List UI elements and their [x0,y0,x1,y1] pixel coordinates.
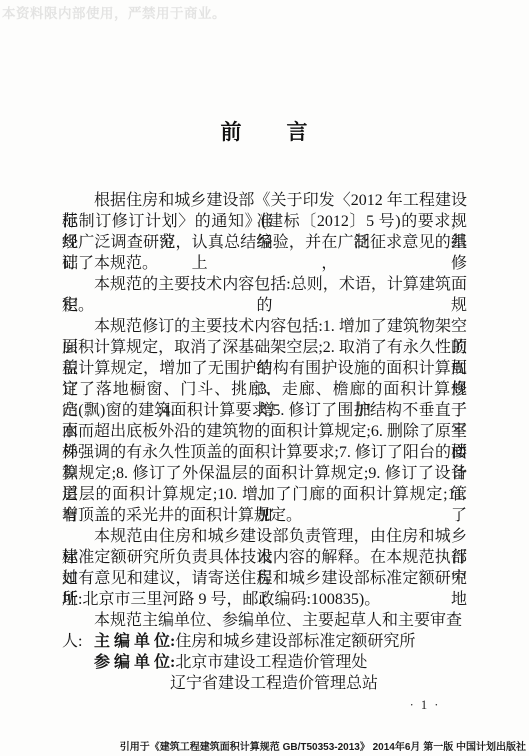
footer-citation: 引用于《建筑工程建筑面积计算规范 GB/T50353-2013》 2014年6月… [120,738,526,753]
document-page: 本资料限内部使用，严禁用于商业。 前 言 根据住房和城乡建设部《关于印发〈201… [0,0,529,756]
participating-unit-value-2: 辽宁省建设工程造价管理总站 [170,675,378,692]
body-line: 凸(飘)窗的建筑面积计算要求;5. 修订了围护结构不垂直于水平 [62,400,467,421]
body-line: 本规范主编单位、参编单位、主要起草人和主要审查人: [62,610,467,631]
body-line: 根据住房和城乡建设部《关于印发〈2012 年工程建设标准规 [62,190,467,211]
body-line: 标准定额研究所负责具体技术内容的解释。在本规范执行过程中 [62,547,467,568]
chief-editor-label: 主 编 单 位: [94,633,175,650]
participating-unit-label: 参 编 单 位: [94,654,175,671]
chief-editor-line: 主 编 单 位:住房和城乡建设部标准定额研究所 [62,631,467,652]
body-line: 本规范修订的主要技术内容包括:1. 增加了建筑物架空层的 [62,316,467,337]
chief-editor-value: 住房和城乡建设部标准定额研究所 [175,633,415,650]
body-line: 经广泛调查研究，认真总结经验，并在广泛征求意见的基础上，修 [62,232,467,253]
body-line: 如有意见和建议，请寄送住房和城乡建设部标准定额研究所(地 [62,568,467,589]
document-body: 根据住房和城乡建设部《关于印发〈2012 年工程建设标准规 范制订修订计划〉的通… [62,190,467,694]
page-number: · 1 · [407,698,443,713]
page-title: 前 言 [0,116,529,146]
body-line: 算规定;8. 修订了外保温层的面积计算规定;9. 修订了设备层、管 [62,463,467,484]
body-line: 面积计算规定，取消了深基础架空层;2. 取消了有永久性顶盖的面 [62,337,467,358]
body-line: 梯强调的有永久性顶盖的面积计算要求;7. 修订了阳台的面积计 [62,442,467,463]
participating-unit-line-2: 辽宁省建设工程造价管理总站 [62,673,467,694]
body-line: 积计算规定，增加了无围护结构有围护设施的面积计算规定;3. 修 [62,358,467,379]
body-line: 订了落地橱窗、门斗、挑廊、走廊、檐廊的面积计算规定;4. 增加了 [62,379,467,400]
watermark-text: 本资料限内部使用，严禁用于商业。 [2,2,226,22]
body-line: 面而超出底板外沿的建筑物的面积计算规定;6. 删除了原室外楼 [62,421,467,442]
body-line: 本规范由住房和城乡建设部负责管理，由住房和城乡建设部 [62,526,467,547]
participating-unit-line: 参 编 单 位:北京市建设工程造价管理处 [62,652,467,673]
body-line: 本规范的主要技术内容包括:总则，术语，计算建筑面积的规 [62,274,467,295]
participating-unit-value: 北京市建设工程造价管理处 [175,654,367,671]
body-line: 范制订修订计划〉的通知》(建标〔2012〕5 号)的要求，规范编制组 [62,211,467,232]
body-line: 道层的面积计算规定;10. 增加了门廊的面积计算规定;11. 增加了 [62,484,467,505]
